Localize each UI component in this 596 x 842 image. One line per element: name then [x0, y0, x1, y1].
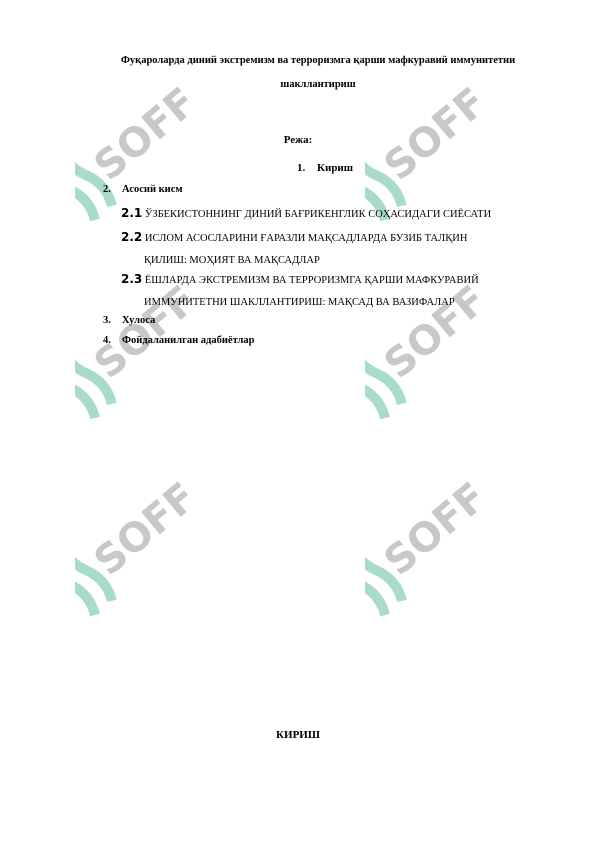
plan-item-label: Асосий кисм — [122, 184, 183, 195]
subsection-title: ЁШЛАРДА ЭКСТРЕМИЗМ ВА ТЕРРОРИЗМГА ҚАРШИ … — [145, 275, 479, 286]
subsection-title: ЎЗБЕКИСТОННИНГ ДИНИЙ БАҒРИКЕНГЛИК СОҲАСИ… — [145, 209, 491, 220]
svg-text:SOFF: SOFF — [86, 475, 206, 585]
subsection-number: 2.1 — [121, 206, 142, 220]
subsection-2-3: 2.3 ЁШЛАРДА ЭКСТРЕМИЗМ ВА ТЕРРОРИЗМГА ҚА… — [121, 268, 551, 314]
subsection-title-cont: ИММУНИТЕТНИ ШАКЛЛАНТИРИШ: МАҚСАД ВА ВАЗИ… — [121, 292, 551, 314]
plan-item-label: Кириш — [317, 162, 353, 174]
subsection-number: 2.2 — [121, 230, 142, 244]
document-page: SOFF SOFF SOFF SOFF — [0, 0, 596, 842]
plan-item-number: 3. — [103, 315, 122, 326]
watermark: SOFF — [365, 475, 545, 625]
watermark: SOFF — [75, 475, 255, 625]
plan-item-number: 4. — [103, 335, 122, 346]
section-heading: КИРИШ — [0, 729, 596, 741]
title-line-2: шакллантириш — [60, 73, 576, 97]
document-title: Фуқароларда диний экстремизм ва террориз… — [60, 49, 576, 97]
plan-item-intro: 1.Кириш — [297, 162, 353, 174]
plan-item-conclusion: 3.Хулоса — [103, 315, 155, 326]
plan-item-main: 2.Асосий кисм — [103, 184, 183, 195]
svg-text:SOFF: SOFF — [376, 475, 496, 585]
plan-item-references: 4.Фойдаланилган адабиётлар — [103, 335, 254, 346]
plan-item-label: Фойдаланилган адабиётлар — [122, 335, 254, 346]
plan-item-number: 1. — [297, 162, 317, 174]
subsection-2-1: 2.1 ЎЗБЕКИСТОННИНГ ДИНИЙ БАҒРИКЕНГЛИК СО… — [121, 202, 551, 226]
plan-item-label: Хулоса — [122, 315, 155, 326]
title-line-1: Фуқароларда диний экстремизм ва террориз… — [60, 49, 576, 73]
subsection-number: 2.3 — [121, 272, 142, 286]
subsection-2-2: 2.2 ИСЛОМ АСОСЛАРИНИ ҒАРАЗЛИ МАҚСАДЛАРДА… — [121, 226, 551, 272]
subsection-title: ИСЛОМ АСОСЛАРИНИ ҒАРАЗЛИ МАҚСАДЛАРДА БУЗ… — [145, 233, 468, 244]
plan-item-number: 2. — [103, 184, 122, 195]
plan-heading: Режа: — [0, 134, 596, 146]
